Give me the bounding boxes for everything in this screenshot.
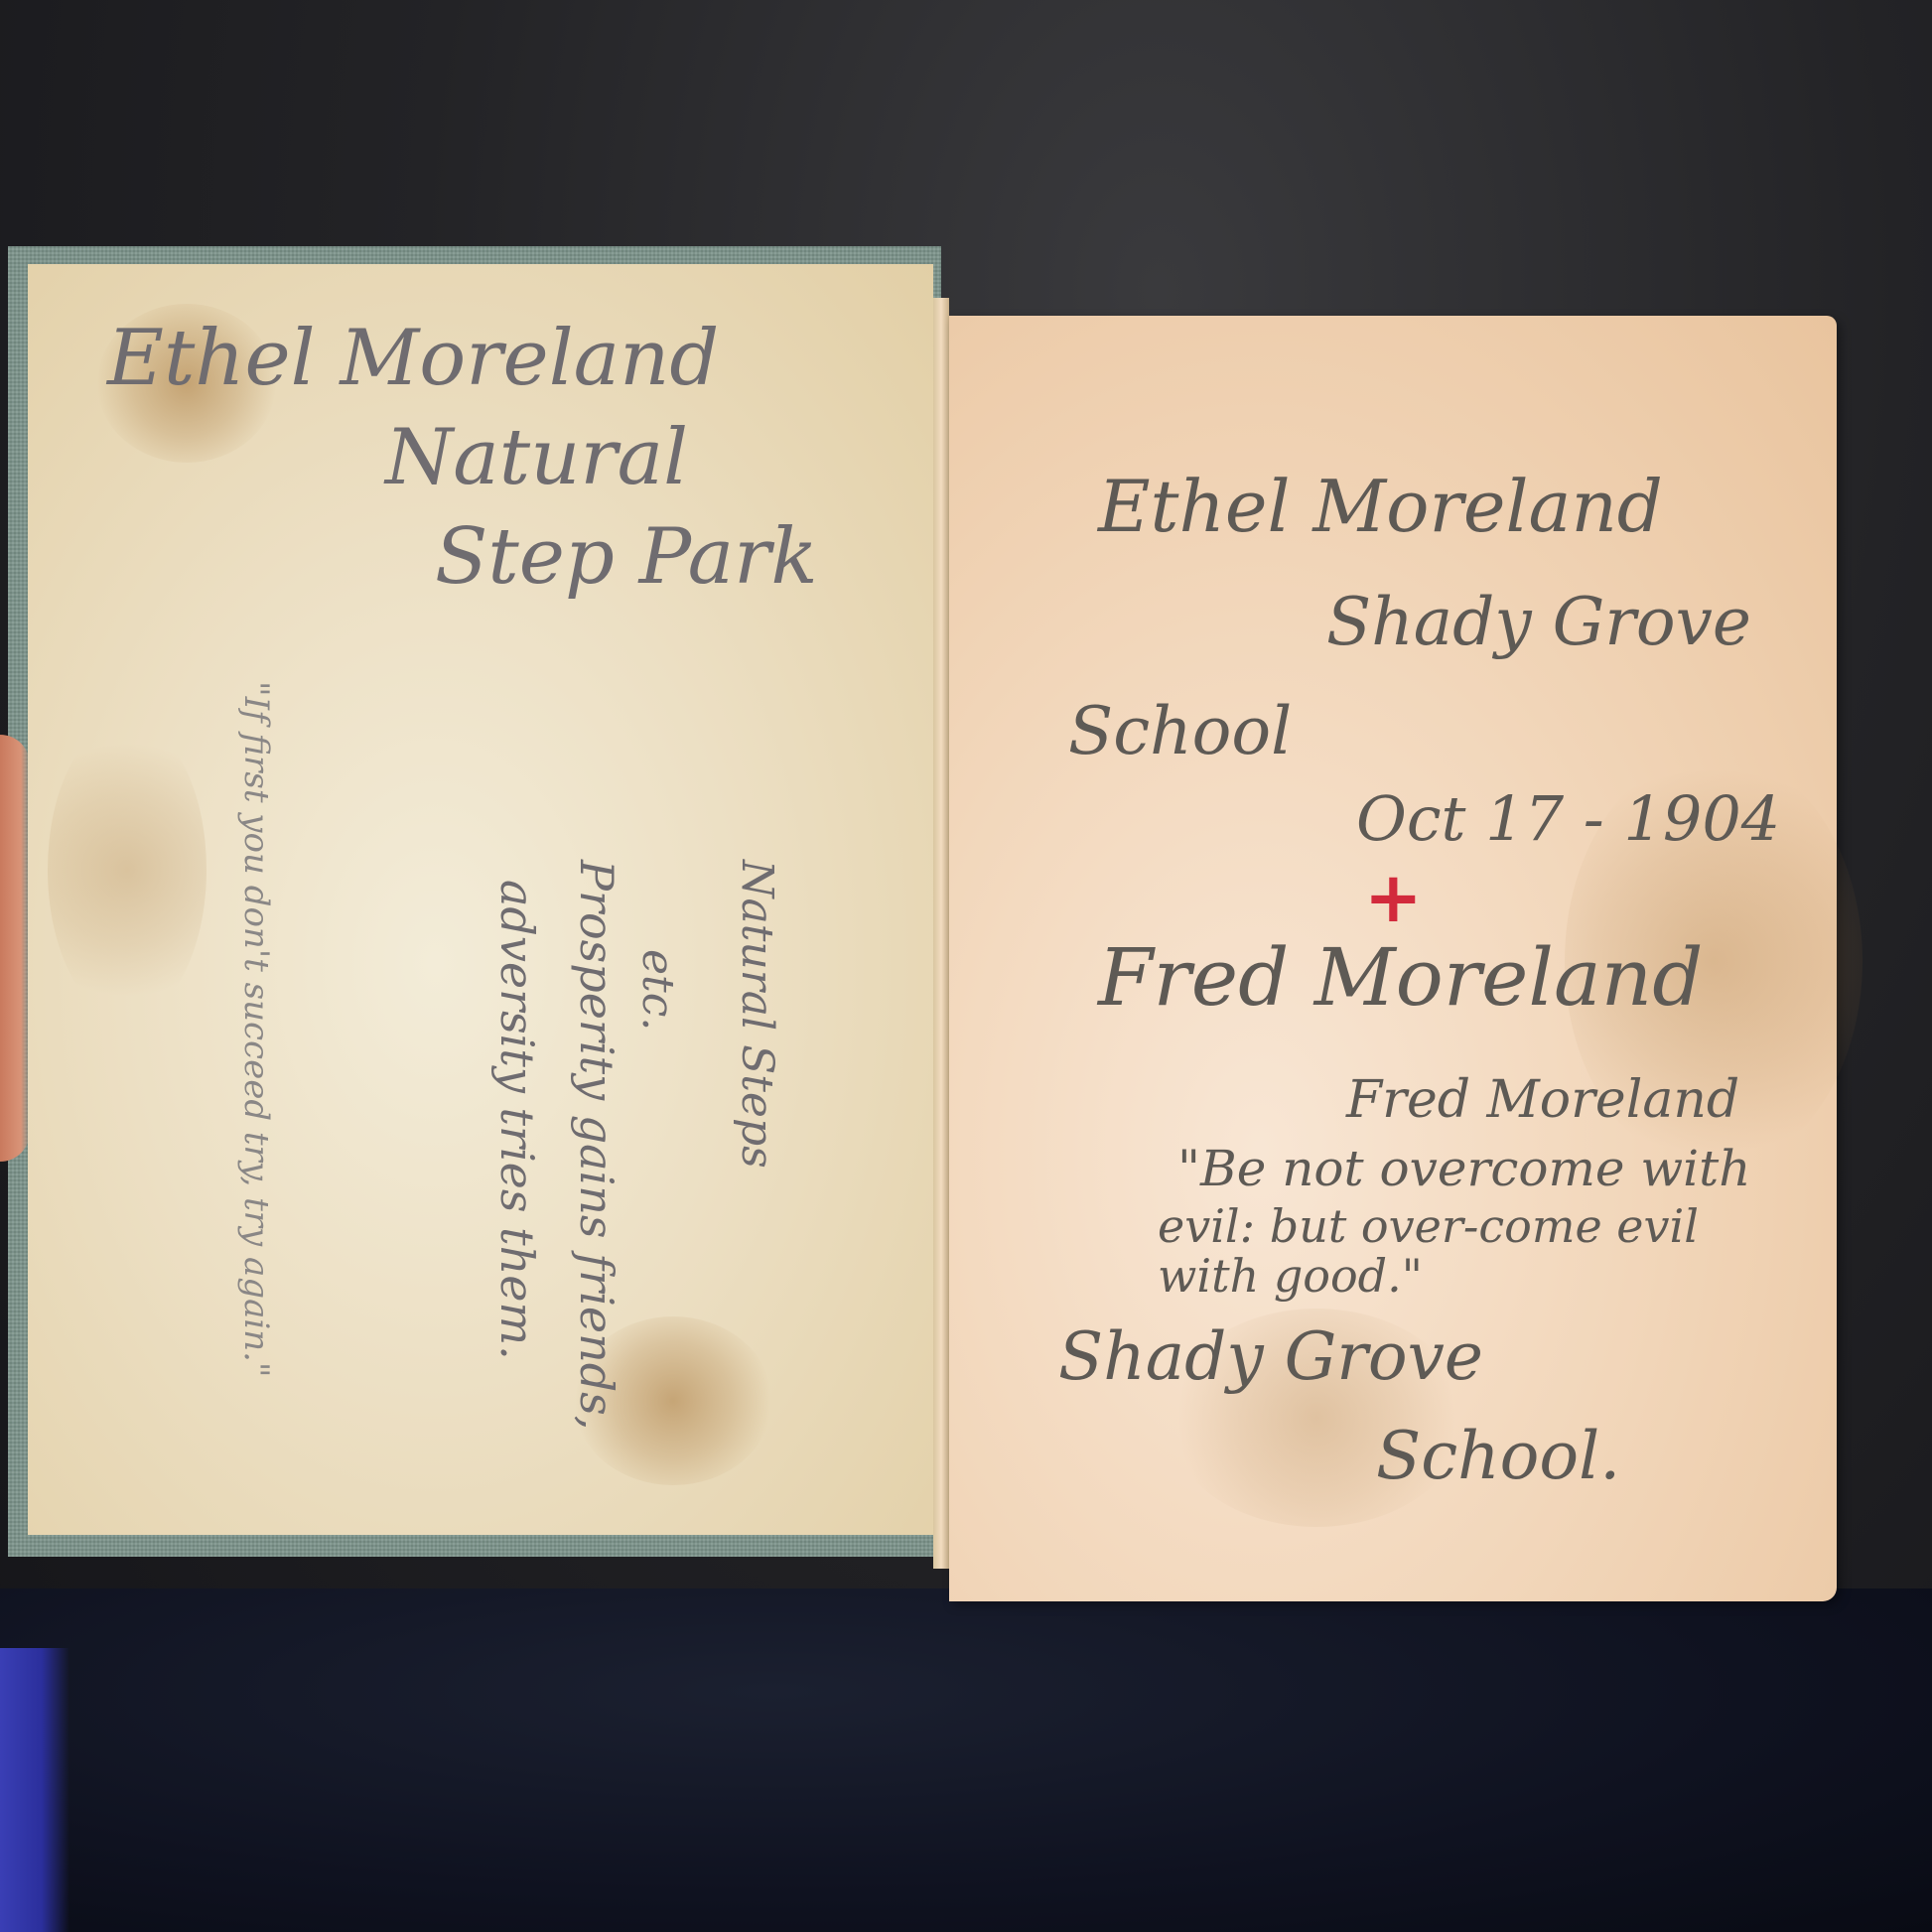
verse-line: Prosperity gains friends, bbox=[570, 860, 623, 1430]
verse-line: adversity tries them. bbox=[490, 880, 544, 1360]
right-flyleaf: Ethel Moreland Shady Grove School Oct 17… bbox=[949, 316, 1837, 1601]
school-line: Shady Grove bbox=[1058, 1318, 1483, 1395]
verse-line: etc. bbox=[632, 949, 683, 1031]
inscription-line: Natural bbox=[385, 413, 688, 502]
quote-line: evil: but over-come evil bbox=[1158, 1199, 1699, 1253]
holding-hand bbox=[0, 735, 30, 1162]
name-large: Fred Moreland bbox=[1098, 931, 1703, 1024]
velvet-backdrop bbox=[0, 1588, 1932, 1932]
quote-line: "Be not overcome with bbox=[1177, 1140, 1750, 1197]
verse-line: Natural Steps bbox=[732, 860, 782, 1169]
red-cross-mark: + bbox=[1364, 857, 1423, 938]
quote-line: with good." bbox=[1158, 1249, 1423, 1303]
vertical-quote: "If first you don't succeed try, try aga… bbox=[236, 681, 276, 1378]
inscription-line: Shady Grove bbox=[1326, 584, 1751, 660]
name-small: Fred Moreland bbox=[1346, 1070, 1739, 1130]
inscription-line: Ethel Moreland bbox=[1098, 465, 1663, 548]
inscription-line: School bbox=[1068, 693, 1292, 769]
left-endpaper: Ethel Moreland Natural Step Park Natural… bbox=[28, 264, 933, 1535]
date-line: Oct 17 - 1904 bbox=[1356, 782, 1780, 855]
school-line: School. bbox=[1376, 1418, 1620, 1494]
foxing-stain bbox=[48, 721, 207, 1019]
inscription-line: Step Park bbox=[435, 512, 818, 602]
inscription-line: Ethel Moreland bbox=[107, 314, 719, 403]
blue-fabric bbox=[0, 1648, 69, 1932]
book-gutter bbox=[933, 298, 949, 1569]
